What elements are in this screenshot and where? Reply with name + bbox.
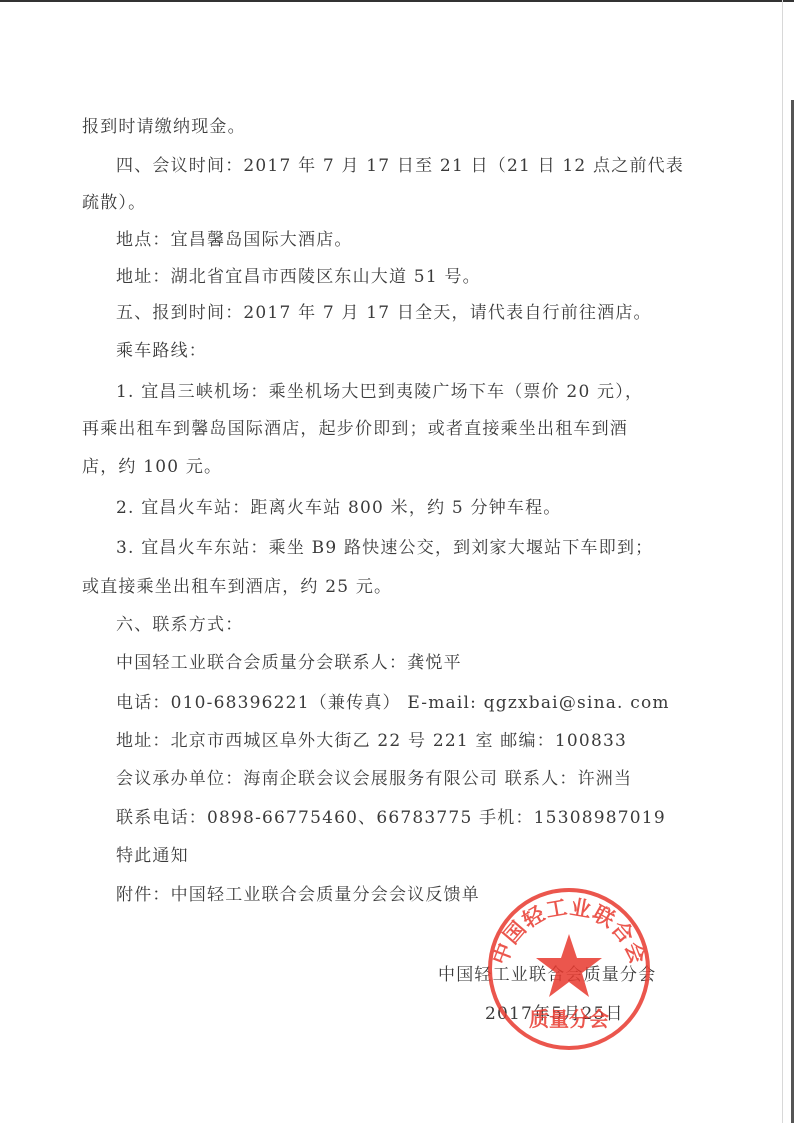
- text-line-phone-email: 电话：010-68396221（兼传真） E-mail: qgzxbai@sin…: [116, 692, 670, 714]
- text-line-payment: 报到时请缴纳现金。: [82, 116, 246, 138]
- text-line-contact-person: 中国轻工业联合会质量分会联系人：龚悦平: [116, 652, 462, 674]
- text-line-route-east-train: 3. 宜昌火车东站：乘坐 B9 路快速公交，到刘家大堰站下车即到；: [116, 537, 653, 559]
- scan-top-edge: [0, 0, 794, 2]
- text-line-attachment: 附件：中国轻工业联合会质量分会会议反馈单: [116, 884, 480, 906]
- text-line-contact-heading: 六、联系方式：: [116, 614, 243, 636]
- text-line-meeting-time: 四、会议时间：2017 年 7 月 17 日至 21 日（21 日 12 点之前…: [116, 155, 684, 177]
- signature-organization: 中国轻工业联合会质量分会: [438, 964, 656, 986]
- text-line-registration-time: 五、报到时间：2017 年 7 月 17 日全天，请代表自行前往酒店。: [116, 302, 652, 324]
- text-line-organizer: 会议承办单位：海南企联会议会展服务有限公司 联系人：许洲当: [116, 768, 632, 790]
- text-line-route-airport-cont: 再乘出租车到馨岛国际酒店，起步价即到；或者直接乘坐出租车到酒: [82, 418, 628, 440]
- text-line-routes-heading: 乘车路线：: [116, 340, 207, 362]
- text-line-address-postcode: 地址：北京市西城区阜外大街乙 22 号 221 室 邮编：100833: [116, 730, 627, 752]
- text-line-route-airport: 1. 宜昌三峡机场：乘坐机场大巴到夷陵广场下车（票价 20 元），: [116, 381, 643, 403]
- text-line-route-east-train-cont: 或直接乘坐出租车到酒店，约 25 元。: [82, 576, 392, 598]
- stamp-arc-text: 中国轻工业联合会: [488, 895, 651, 968]
- scan-fold-line: [782, 0, 783, 1123]
- text-line-venue: 地点：宜昌馨岛国际大酒店。: [116, 229, 353, 251]
- svg-text:中国轻工业联合会: 中国轻工业联合会: [488, 895, 651, 968]
- text-line-organizer-phone: 联系电话：0898-66775460、66783775 手机：153089870…: [116, 807, 666, 829]
- text-line-route-airport-cont2: 店，约 100 元。: [82, 456, 222, 478]
- text-line-notice: 特此通知: [116, 845, 189, 867]
- text-line-venue-address: 地址：湖北省宜昌市西陵区东山大道 51 号。: [116, 266, 481, 288]
- text-line-meeting-time-cont: 疏散）。: [82, 192, 146, 214]
- signature-date: 2017年5月25日: [485, 1003, 624, 1025]
- text-line-route-train: 2. 宜昌火车站：距离火车站 800 米，约 5 分钟车程。: [116, 497, 562, 519]
